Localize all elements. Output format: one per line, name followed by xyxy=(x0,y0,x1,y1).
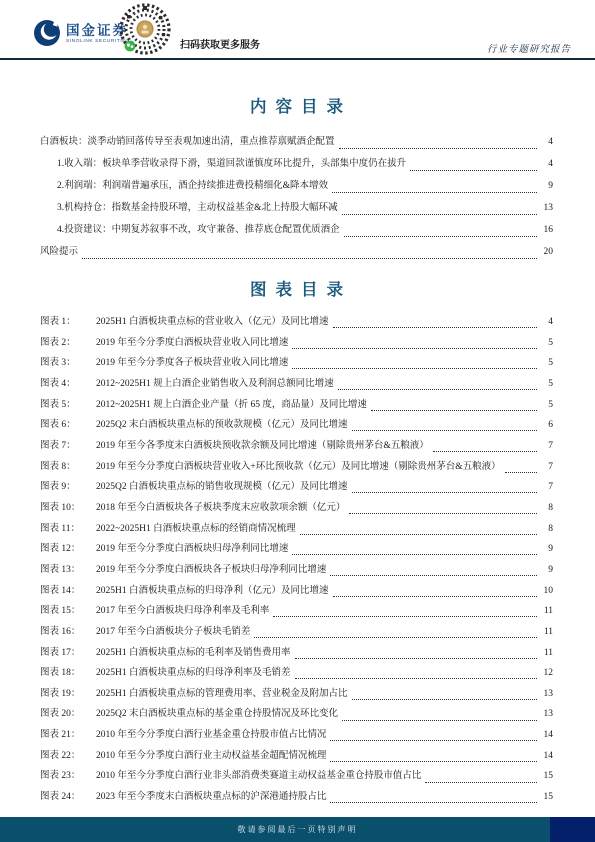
content-entry-text: 3.机构持仓：指数基金持股环增，主动权益基金&北上持股大幅环减 xyxy=(57,197,338,219)
dot-leader xyxy=(344,236,537,237)
report-type-label: 行业专题研究报告 xyxy=(487,41,571,55)
figure-entry-text: 2019 年至今分季度白酒板块各子板块归母净利同比增速 xyxy=(96,560,326,581)
dot-leader xyxy=(292,348,537,349)
figure-toc-entry[interactable]: 图表 11：2022~2025H1 白酒板块重点标的经销商情况梳理8 xyxy=(40,519,553,540)
figure-toc-entry[interactable]: 图表 21：2010 年至今分季度白酒行业基金重仓持股市值占比情况14 xyxy=(40,725,553,746)
figure-entry-text: 2022~2025H1 白酒板块重点标的经销商情况梳理 xyxy=(96,519,296,540)
figure-entry-text: 2025H1 白酒板块重点标的毛利率及销售费用率 xyxy=(96,643,291,664)
figure-toc-entry[interactable]: 图表 23：2010 年至今分季度白酒行业非头部消费类赛道主动权益基金重仓持股市… xyxy=(40,766,553,787)
figure-entry-number: 图表 12： xyxy=(40,539,96,560)
dot-leader xyxy=(254,637,537,638)
figure-entry-text: 2019 年至今分季度白酒板块归母净利同比增速 xyxy=(96,539,288,560)
entry-page-number: 14 xyxy=(540,746,553,767)
toc-body: 内容目录 白酒板块：淡季动销回落传导至表观加速出清，重点推荐禀赋酒企配置41.收… xyxy=(0,93,595,808)
figure-entry-text: 2010 年至今分季度白酒行业基金重仓持股市值占比情况 xyxy=(96,725,326,746)
dot-leader xyxy=(273,616,537,617)
figure-entry-text: 2023 年至今季度末白酒板块重点标的沪深港通持股占比 xyxy=(96,787,326,808)
figure-entry-text: 2019 年至今分季度白酒板块营业收入+环比预收款（亿元）及同比增速（剔除贵州茅… xyxy=(96,457,501,478)
figure-entry-text: 2017 年至今白酒板块分子板块毛销差 xyxy=(96,622,250,643)
wechat-icon xyxy=(125,41,136,52)
figure-toc-entry[interactable]: 图表 17：2025H1 白酒板块重点标的毛利率及销售费用率11 xyxy=(40,643,553,664)
figure-toc-entry[interactable]: 图表 16：2017 年至今白酒板块分子板块毛销差11 xyxy=(40,622,553,643)
dot-leader xyxy=(292,554,537,555)
figure-toc-entry[interactable]: 图表 20：2025Q2 末白酒板块重点标的基金重仓持股情况及环比变化13 xyxy=(40,704,553,725)
dot-leader xyxy=(339,148,537,149)
dot-leader xyxy=(330,761,537,762)
entry-page-number: 10 xyxy=(540,581,553,602)
footer-accent-block xyxy=(550,817,595,842)
figure-entry-number: 图表 2： xyxy=(40,333,96,354)
figure-toc-entry[interactable]: 图表 24：2023 年至今季度末白酒板块重点标的沪深港通持股占比15 xyxy=(40,787,553,808)
entry-page-number: 16 xyxy=(540,219,553,241)
dot-leader xyxy=(371,410,537,411)
figure-entry-number: 图表 21： xyxy=(40,725,96,746)
figure-toc-entry[interactable]: 图表 15：2017 年至今白酒板块归母净利率及毛利率11 xyxy=(40,601,553,622)
dot-leader xyxy=(338,389,537,390)
figure-entry-text: 2019 年至今分季度白酒板块营业收入同比增速 xyxy=(96,333,288,354)
header-divider xyxy=(0,58,595,60)
figure-entry-number: 图表 19： xyxy=(40,684,96,705)
content-entry-text: 2.利润端：利润端普遍承压，酒企持续推进费投精细化&降本增效 xyxy=(57,175,328,197)
entry-page-number: 11 xyxy=(540,622,553,643)
entry-page-number: 9 xyxy=(540,539,553,560)
figure-entry-number: 图表 1： xyxy=(40,312,96,333)
figure-entry-text: 2012~2025H1 规上白酒企业销售收入及利润总额同比增速 xyxy=(96,374,334,395)
entry-page-number: 11 xyxy=(540,601,553,622)
dot-leader xyxy=(352,699,538,700)
figure-entry-text: 2017 年至今白酒板块归母净利率及毛利率 xyxy=(96,601,269,622)
dot-leader xyxy=(330,802,537,803)
dot-leader xyxy=(300,534,537,535)
figure-entry-text: 2012~2025H1 规上白酒企业产量（折 65 度，商品量）及同比增速 xyxy=(96,395,367,416)
dot-leader xyxy=(352,430,538,431)
figure-toc-entry[interactable]: 图表 8：2019 年至今分季度白酒板块营业收入+环比预收款（亿元）及同比增速（… xyxy=(40,457,553,478)
entry-page-number: 20 xyxy=(540,241,553,263)
figure-entry-number: 图表 6： xyxy=(40,415,96,436)
figure-entry-text: 2025Q2 末白酒板块重点标的基金重仓持股情况及环比变化 xyxy=(96,704,338,725)
figure-entry-text: 2025H1 白酒板块重点标的营业收入（亿元）及同比增速 xyxy=(96,312,329,333)
figure-entry-text: 2019 年至今分季度各子板块营业收入同比增速 xyxy=(96,353,288,374)
dot-leader xyxy=(292,368,537,369)
figure-toc-entry[interactable]: 图表 14：2025H1 白酒板块重点标的归母净利（亿元）及同比增速10 xyxy=(40,581,553,602)
entry-page-number: 8 xyxy=(540,519,553,540)
entry-page-number: 8 xyxy=(540,498,553,519)
figure-entry-number: 图表 13： xyxy=(40,560,96,581)
entry-page-number: 5 xyxy=(540,353,553,374)
report-toc-page: 国金证券 SINOLINK SECURITIES 扫码获取更多服务 行业专题研究… xyxy=(0,0,595,842)
figure-toc-entry[interactable]: 图表 12：2019 年至今分季度白酒板块归母净利同比增速9 xyxy=(40,539,553,560)
figure-entry-number: 图表 15： xyxy=(40,601,96,622)
figure-toc-entry[interactable]: 图表 9：2025Q2 白酒板块重点标的销售收现规模（亿元）及同比增速7 xyxy=(40,477,553,498)
figure-toc-entry[interactable]: 图表 5：2012~2025H1 规上白酒企业产量（折 65 度，商品量）及同比… xyxy=(40,395,553,416)
dot-leader xyxy=(349,513,537,514)
figure-toc-title: 图表目录 xyxy=(40,276,553,300)
figure-entry-number: 图表 17： xyxy=(40,643,96,664)
figure-toc-entry[interactable]: 图表 18：2025H1 白酒板块重点标的归母净利率及毛销差12 xyxy=(40,663,553,684)
content-entry-text: 风险提示 xyxy=(40,241,78,263)
dot-leader xyxy=(433,451,537,452)
figure-entry-text: 2010 年至今分季度白酒行业主动权益基金超配情况梳理 xyxy=(96,746,326,767)
entry-page-number: 13 xyxy=(540,684,553,705)
entry-page-number: 14 xyxy=(540,725,553,746)
content-toc-entry[interactable]: 2.利润端：利润端普遍承压，酒企持续推进费投精细化&降本增效9 xyxy=(40,175,553,197)
figure-entry-number: 图表 10： xyxy=(40,498,96,519)
content-entry-text: 白酒板块：淡季动销回落传导至表观加速出清，重点推荐禀赋酒企配置 xyxy=(40,131,335,153)
entry-page-number: 9 xyxy=(540,560,553,581)
entry-page-number: 13 xyxy=(540,197,553,219)
figure-entry-number: 图表 3： xyxy=(40,353,96,374)
content-toc-list: 白酒板块：淡季动销回落传导至表观加速出清，重点推荐禀赋酒企配置41.收入端：板块… xyxy=(40,131,553,263)
figure-entry-number: 图表 18： xyxy=(40,663,96,684)
figure-entry-text: 2010 年至今分季度白酒行业非头部消费类赛道主动权益基金重仓持股市值占比 xyxy=(96,766,421,787)
dot-leader xyxy=(352,492,538,493)
figure-entry-number: 图表 22： xyxy=(40,746,96,767)
qr-code xyxy=(119,3,171,55)
figure-entry-text: 2025H1 白酒板块重点标的归母净利率及毛销差 xyxy=(96,663,291,684)
figure-toc-entry[interactable]: 图表 10：2018 年至今白酒板块各子板块季度末应收款项余额（亿元）8 xyxy=(40,498,553,519)
content-toc-entry[interactable]: 风险提示20 xyxy=(40,241,553,263)
figure-entry-number: 图表 8： xyxy=(40,457,96,478)
dot-leader xyxy=(333,596,538,597)
entry-page-number: 11 xyxy=(540,643,553,664)
content-entry-text: 4.投资建议：中期复苏叙事不改，攻守兼备、推荐底仓配置优质酒企 xyxy=(57,219,340,241)
figure-entry-number: 图表 5： xyxy=(40,395,96,416)
figure-entry-number: 图表 11： xyxy=(40,519,96,540)
figure-entry-number: 图表 14： xyxy=(40,581,96,602)
content-toc-entry[interactable]: 白酒板块：淡季动销回落传导至表观加速出清，重点推荐禀赋酒企配置4 xyxy=(40,131,553,153)
entry-page-number: 4 xyxy=(540,153,553,175)
content-toc-title: 内容目录 xyxy=(40,93,553,117)
entry-page-number: 7 xyxy=(540,457,553,478)
dot-leader xyxy=(410,170,537,171)
figure-toc-entry[interactable]: 图表 4：2012~2025H1 规上白酒企业销售收入及利润总额同比增速5 xyxy=(40,374,553,395)
content-toc-entry[interactable]: 4.投资建议：中期复苏叙事不改，攻守兼备、推荐底仓配置优质酒企16 xyxy=(40,219,553,241)
figure-toc-entry[interactable]: 图表 6：2025Q2 末白酒板块重点标的预收款规模（亿元）及同比增速6 xyxy=(40,415,553,436)
entry-page-number: 4 xyxy=(540,131,553,153)
qr-caption: 扫码获取更多服务 xyxy=(180,36,260,51)
dot-leader xyxy=(295,658,538,659)
content-toc-entry[interactable]: 3.机构持仓：指数基金持股环增，主动权益基金&北上持股大幅环减13 xyxy=(40,197,553,219)
dot-leader xyxy=(333,327,538,328)
entry-page-number: 15 xyxy=(540,766,553,787)
figure-toc-entry[interactable]: 图表 13：2019 年至今分季度白酒板块各子板块归母净利同比增速9 xyxy=(40,560,553,581)
entry-page-number: 15 xyxy=(540,787,553,808)
figure-entry-text: 2025Q2 白酒板块重点标的销售收现规模（亿元）及同比增速 xyxy=(96,477,348,498)
dot-leader xyxy=(82,258,537,259)
entry-page-number: 9 xyxy=(540,175,553,197)
dot-leader xyxy=(425,782,537,783)
figure-entry-number: 图表 23： xyxy=(40,766,96,787)
sinolink-logo-icon xyxy=(34,20,60,46)
content-toc-entry[interactable]: 1.收入端：板块单季营收录得下滑，渠道回款谨慎度环比提升，头部集中度仍在拔升4 xyxy=(40,153,553,175)
figure-toc-entry[interactable]: 图表 7：2019 年至今各季度末白酒板块预收款余额及同比增速（剔除贵州茅台&五… xyxy=(40,436,553,457)
page-footer: 敬请参阅最后一页特别声明 xyxy=(0,817,595,842)
figure-entry-number: 图表 7： xyxy=(40,436,96,457)
entry-page-number: 5 xyxy=(540,374,553,395)
footer-disclaimer: 敬请参阅最后一页特别声明 xyxy=(0,817,595,842)
figure-entry-text: 2025H1 白酒板块重点标的管理费用率、营业税金及附加占比 xyxy=(96,684,348,705)
entry-page-number: 5 xyxy=(540,395,553,416)
content-entry-text: 1.收入端：板块单季营收录得下滑，渠道回款谨慎度环比提升，头部集中度仍在拔升 xyxy=(57,153,406,175)
entry-page-number: 4 xyxy=(540,312,553,333)
figure-toc-entry[interactable]: 图表 22：2010 年至今分季度白酒行业主动权益基金超配情况梳理14 xyxy=(40,746,553,767)
dot-leader xyxy=(505,472,537,473)
figure-entry-number: 图表 4： xyxy=(40,374,96,395)
dot-leader xyxy=(332,192,537,193)
page-header: 国金证券 SINOLINK SECURITIES 扫码获取更多服务 行业专题研究… xyxy=(0,0,595,58)
figure-entry-text: 2025H1 白酒板块重点标的归母净利（亿元）及同比增速 xyxy=(96,581,329,602)
entry-page-number: 7 xyxy=(540,477,553,498)
entry-page-number: 12 xyxy=(540,663,553,684)
dot-leader xyxy=(330,575,537,576)
figure-toc-list: 图表 1：2025H1 白酒板块重点标的营业收入（亿元）及同比增速4图表 2：2… xyxy=(40,312,553,808)
dot-leader xyxy=(342,720,537,721)
figure-entry-number: 图表 16： xyxy=(40,622,96,643)
figure-toc-entry[interactable]: 图表 1：2025H1 白酒板块重点标的营业收入（亿元）及同比增速4 xyxy=(40,312,553,333)
entry-page-number: 5 xyxy=(540,333,553,354)
entry-page-number: 7 xyxy=(540,436,553,457)
entry-page-number: 6 xyxy=(540,415,553,436)
figure-toc-entry[interactable]: 图表 3：2019 年至今分季度各子板块营业收入同比增速5 xyxy=(40,353,553,374)
entry-page-number: 13 xyxy=(540,704,553,725)
figure-entry-number: 图表 9： xyxy=(40,477,96,498)
brand-logo: 国金证券 SINOLINK SECURITIES xyxy=(34,20,130,46)
figure-entry-text: 2018 年至今白酒板块各子板块季度末应收款项余额（亿元） xyxy=(96,498,345,519)
dot-leader xyxy=(330,740,537,741)
figure-entry-number: 图表 24： xyxy=(40,787,96,808)
figure-entry-text: 2025Q2 末白酒板块重点标的预收款规模（亿元）及同比增速 xyxy=(96,415,348,436)
figure-toc-entry[interactable]: 图表 2：2019 年至今分季度白酒板块营业收入同比增速5 xyxy=(40,333,553,354)
figure-entry-number: 图表 20： xyxy=(40,704,96,725)
dot-leader xyxy=(342,214,537,215)
figure-entry-text: 2019 年至今各季度末白酒板块预收款余额及同比增速（剔除贵州茅台&五粮液） xyxy=(96,436,429,457)
figure-toc-entry[interactable]: 图表 19：2025H1 白酒板块重点标的管理费用率、营业税金及附加占比13 xyxy=(40,684,553,705)
dot-leader xyxy=(295,678,538,679)
